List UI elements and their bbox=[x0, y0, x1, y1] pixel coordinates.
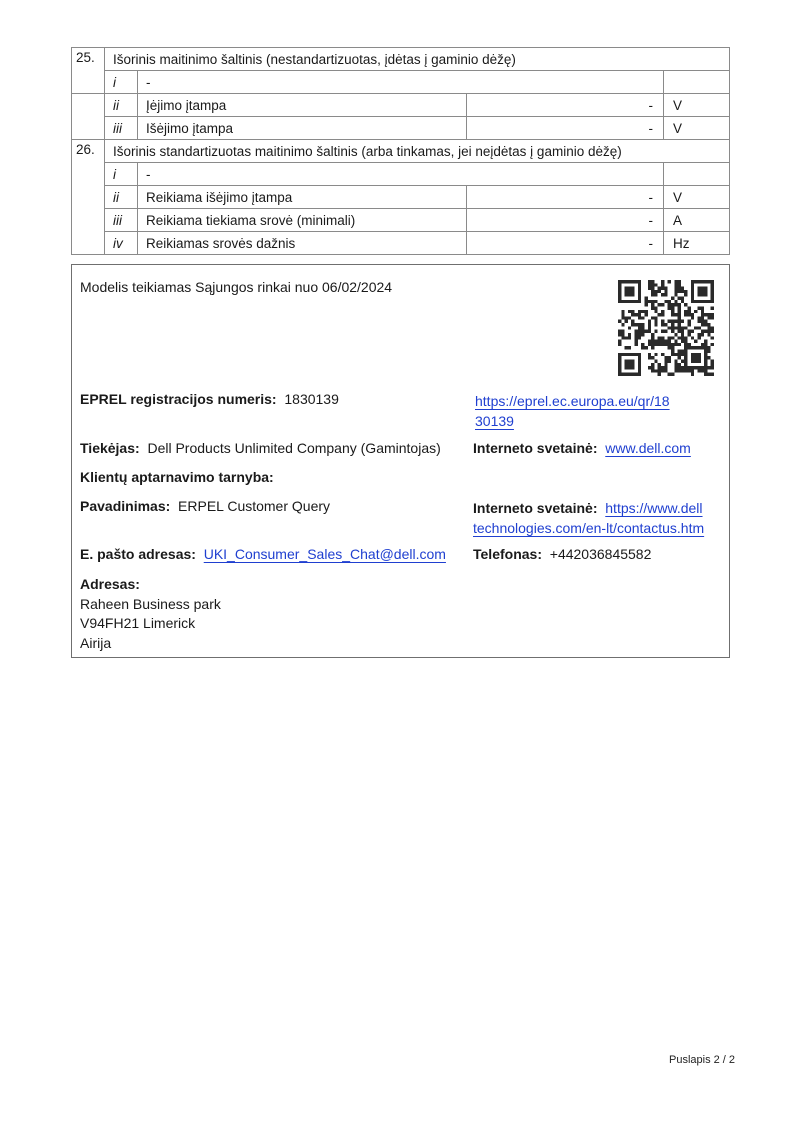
table-row: ii Reikiama išėjimo įtampa - V bbox=[72, 186, 730, 209]
phone-value: +442036845582 bbox=[550, 546, 652, 562]
section-number: 25. bbox=[72, 48, 105, 94]
row-unit bbox=[664, 163, 730, 186]
email-row: E. pašto adresas: UKI_Consumer_Sales_Cha… bbox=[80, 546, 446, 562]
row-unit: A bbox=[664, 209, 730, 232]
row-label: Reikiama išėjimo įtampa bbox=[138, 186, 467, 209]
service-name-row: Pavadinimas: ERPEL Customer Query bbox=[80, 498, 330, 514]
row-value: - bbox=[467, 94, 664, 117]
service-website-link-line1[interactable]: https://www.dell bbox=[605, 500, 702, 516]
website-label: Interneto svetainė: bbox=[473, 440, 597, 456]
spec-table: 25. Išorinis maitinimo šaltinis (nestand… bbox=[71, 47, 730, 255]
row-label: - bbox=[138, 163, 664, 186]
row-unit: V bbox=[664, 117, 730, 140]
website-link[interactable]: www.dell.com bbox=[605, 440, 691, 456]
service-heading: Klientų aptarnavimo tarnyba: bbox=[80, 469, 274, 485]
address-label: Adresas: bbox=[80, 576, 140, 592]
row-label: Įėjimo įtampa bbox=[138, 94, 467, 117]
name-value: ERPEL Customer Query bbox=[178, 498, 330, 514]
row-value: - bbox=[467, 186, 664, 209]
row-index: ii bbox=[105, 94, 138, 117]
supplier-row: Tiekėjas: Dell Products Unlimited Compan… bbox=[80, 440, 441, 456]
row-value: - bbox=[467, 232, 664, 255]
section-title: Išorinis maitinimo šaltinis (nestandarti… bbox=[105, 48, 730, 71]
table-row: iii Reikiama tiekiama srovė (minimali) -… bbox=[72, 209, 730, 232]
row-index: iii bbox=[105, 117, 138, 140]
row-index: iii bbox=[105, 209, 138, 232]
eprel-link-line2[interactable]: 30139 bbox=[475, 413, 514, 429]
table-row: i - bbox=[72, 71, 730, 94]
row-label: Reikiamas srovės dažnis bbox=[138, 232, 467, 255]
table-row: i - bbox=[72, 163, 730, 186]
row-unit: Hz bbox=[664, 232, 730, 255]
eprel-link-line1[interactable]: https://eprel.ec.europa.eu/qr/18 bbox=[475, 393, 670, 409]
supplier-value: Dell Products Unlimited Company (Gaminto… bbox=[147, 440, 440, 456]
eprel-row: EPREL registracijos numeris: 1830139 bbox=[80, 391, 339, 407]
market-date-text: Modelis teikiamas Sąjungos rinkai nuo 06… bbox=[80, 279, 392, 295]
row-value: - bbox=[467, 117, 664, 140]
row-unit: V bbox=[664, 94, 730, 117]
row-value: - bbox=[467, 209, 664, 232]
service-website-link-line2[interactable]: technologies.com/en-lt/contactus.htm bbox=[473, 520, 704, 536]
address-block: Adresas: Raheen Business park V94FH21 Li… bbox=[80, 575, 221, 653]
row-index: ii bbox=[105, 186, 138, 209]
row-unit: V bbox=[664, 186, 730, 209]
section-number: 26. bbox=[72, 140, 105, 255]
section-25-header: 25. Išorinis maitinimo šaltinis (nestand… bbox=[72, 48, 730, 71]
eprel-link[interactable]: https://eprel.ec.europa.eu/qr/18 30139 bbox=[475, 391, 670, 431]
address-line: Raheen Business park bbox=[80, 596, 221, 612]
row-unit bbox=[664, 71, 730, 94]
email-label: E. pašto adresas: bbox=[80, 546, 196, 562]
eprel-label: EPREL registracijos numeris: bbox=[80, 391, 277, 407]
row-index: iv bbox=[105, 232, 138, 255]
row-label: Išėjimo įtampa bbox=[138, 117, 467, 140]
row-index: i bbox=[105, 163, 138, 186]
section-title: Išorinis standartizuotas maitinimo šalti… bbox=[105, 140, 730, 163]
supplier-info-box: Modelis teikiamas Sąjungos rinkai nuo 06… bbox=[71, 264, 730, 658]
qr-code-icon[interactable] bbox=[618, 280, 714, 376]
service-website-row: Interneto svetainė: https://www.dell tec… bbox=[473, 498, 704, 538]
section-number-spacer bbox=[72, 94, 105, 140]
table-row: ii Įėjimo įtampa - V bbox=[72, 94, 730, 117]
section-26-header: 26. Išorinis standartizuotas maitinimo š… bbox=[72, 140, 730, 163]
page-number: Puslapis 2 / 2 bbox=[669, 1054, 735, 1066]
eprel-number: 1830139 bbox=[284, 391, 339, 407]
address-line: V94FH21 Limerick bbox=[80, 615, 195, 631]
service-website-label: Interneto svetainė: bbox=[473, 500, 597, 516]
website-row: Interneto svetainė: www.dell.com bbox=[473, 440, 691, 456]
address-line: Airija bbox=[80, 635, 111, 651]
row-label: Reikiama tiekiama srovė (minimali) bbox=[138, 209, 467, 232]
supplier-label: Tiekėjas: bbox=[80, 440, 140, 456]
row-index: i bbox=[105, 71, 138, 94]
email-link[interactable]: UKI_Consumer_Sales_Chat@dell.com bbox=[204, 546, 446, 562]
table-row: iv Reikiamas srovės dažnis - Hz bbox=[72, 232, 730, 255]
phone-label: Telefonas: bbox=[473, 546, 542, 562]
row-label: - bbox=[138, 71, 664, 94]
table-row: iii Išėjimo įtampa - V bbox=[72, 117, 730, 140]
name-label: Pavadinimas: bbox=[80, 498, 170, 514]
phone-row: Telefonas: +442036845582 bbox=[473, 546, 651, 562]
